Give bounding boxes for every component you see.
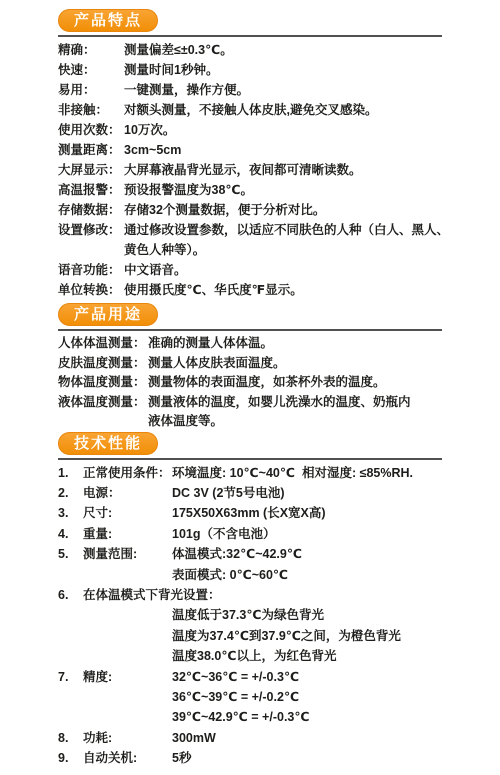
row-value: 体温模式:32℃~42.9℃	[172, 547, 302, 561]
row-label: 正常使用条件：	[83, 463, 172, 483]
row-value: 32℃~36℃ = +/-0.3℃	[172, 670, 299, 684]
section-title: 产品特点	[74, 12, 142, 29]
spec-row: 6.在体温模式下背光设置：	[58, 585, 442, 605]
section-divider	[58, 329, 442, 331]
row-label: 语音功能：	[58, 260, 124, 280]
row-label: 精度:	[83, 667, 172, 687]
product-features-badge: 产品特点	[58, 9, 158, 32]
row-value: 测量时间1秒钟。	[124, 63, 218, 77]
row-label: 单位转换：	[58, 280, 124, 300]
spec-sheet-row: 设置修改：通过修改设置参数，以适应不同肤色的人种（白人、黑人、	[58, 220, 442, 240]
row-value: 中文语音。	[124, 263, 187, 277]
row-value: 5秒	[172, 751, 191, 765]
section-divider	[58, 35, 442, 37]
row-value: 测量偏差≤±0.3℃。	[124, 43, 233, 57]
row-label: 功耗:	[83, 728, 172, 748]
row-value: 通过修改设置参数，以适应不同肤色的人种（白人、黑人、	[124, 223, 449, 237]
spec-row: 9.自动关机:5秒	[58, 748, 442, 768]
spec-row: 2.电源：DC 3V (2节5号电池)	[58, 483, 442, 503]
spec-sheet-row: 液体温度测量：测量液体的温度，如婴儿洗澡水的温度、奶瓶内	[58, 393, 442, 413]
row-value: 175X50X63mm (长X宽X高)	[172, 506, 326, 520]
row-value: 对额头测量，不接触人体皮肤,避免交叉感染。	[124, 103, 377, 117]
row-label: 物体温度测量：	[58, 373, 148, 393]
spec-sheet-row: 黄色人种等）。	[58, 240, 442, 260]
row-value: 大屏幕液晶背光显示，夜间都可清晰读数。	[124, 163, 362, 177]
spec-sheet-row: 语音功能：中文语音。	[58, 260, 442, 280]
row-label: 在体温模式下背光设置：	[83, 585, 221, 605]
row-value: 一键测量，操作方便。	[124, 83, 249, 97]
spec-row: 温度为37.4℃到37.9℃之间，为橙色背光	[58, 626, 442, 646]
row-number: 6.	[58, 585, 83, 605]
spec-sheet-row: 非接触：对额头测量，不接触人体皮肤,避免交叉感染。	[58, 100, 442, 120]
row-value: 101g（不含电池）	[172, 527, 276, 541]
row-value: 测量人体皮肤表面温度。	[148, 356, 286, 370]
row-label: 测量距离：	[58, 140, 124, 160]
row-label: 大屏显示：	[58, 160, 124, 180]
section-product-uses: 产品用途 人体体温测量：准确的测量人体体温。皮肤温度测量：测量人体皮肤表面温度。…	[58, 303, 442, 432]
row-label: 皮肤温度测量：	[58, 354, 148, 374]
row-label: 人体体温测量：	[58, 334, 148, 354]
row-label: 测量范围:	[83, 544, 172, 564]
spec-sheet-row: 存储数据：存储32个测量数据，便于分析对比。	[58, 200, 442, 220]
row-number: 2.	[58, 483, 83, 503]
spec-sheet-row: 使用次数：10万次。	[58, 120, 442, 140]
row-label: 设置修改：	[58, 220, 124, 240]
row-value: 液体温度等。	[148, 414, 223, 428]
spec-sheet-row: 人体体温测量：准确的测量人体体温。	[58, 334, 442, 354]
row-label: 高温报警：	[58, 180, 124, 200]
row-number: 8.	[58, 728, 83, 748]
row-value: 测量物体的表面温度，如茶杯外表的温度。	[148, 375, 386, 389]
row-value: 温度38.0℃以上，为红色背光	[172, 649, 336, 663]
product-uses-rows: 人体体温测量：准确的测量人体体温。皮肤温度测量：测量人体皮肤表面温度。物体温度测…	[58, 334, 442, 432]
row-value: 准确的测量人体体温。	[148, 336, 273, 350]
spec-row: 7.精度:32℃~36℃ = +/-0.3℃	[58, 667, 442, 687]
technical-specs-badge: 技术性能	[58, 432, 158, 455]
row-value: 温度为37.4℃到37.9℃之间，为橙色背光	[172, 629, 401, 643]
row-number: 4.	[58, 524, 83, 544]
section-technical-specs: 技术性能 1.正常使用条件：环境温度: 10℃~40℃ 相对湿度: ≤85%RH…	[58, 432, 442, 769]
row-value: 环境温度: 10℃~40℃ 相对湿度: ≤85%RH.	[172, 466, 413, 480]
section-divider	[58, 458, 442, 460]
row-value: 39℃~42.9℃ = +/-0.3℃	[172, 710, 310, 724]
spec-sheet-row: 大屏显示：大屏幕液晶背光显示，夜间都可清晰读数。	[58, 160, 442, 180]
row-label: 快速：	[58, 60, 124, 80]
spec-sheet-row: 物体温度测量：测量物体的表面温度，如茶杯外表的温度。	[58, 373, 442, 393]
product-uses-badge: 产品用途	[58, 303, 158, 326]
spec-row: 36℃~39℃ = +/-0.2℃	[58, 687, 442, 707]
spec-sheet-row: 高温报警：预设报警温度为38℃。	[58, 180, 442, 200]
row-value: 10万次。	[124, 123, 175, 137]
row-value: 36℃~39℃ = +/-0.2℃	[172, 690, 299, 704]
section-title: 产品用途	[74, 306, 142, 323]
spec-row: 温度38.0℃以上，为红色背光	[58, 646, 442, 666]
spec-sheet-row: 快速：测量时间1秒钟。	[58, 60, 442, 80]
spec-row: 温度低于37.3℃为绿色背光	[58, 605, 442, 625]
row-value: 使用摄氏度℃、华氏度℉显示。	[124, 283, 303, 297]
row-number: 1.	[58, 463, 83, 483]
row-number: 9.	[58, 748, 83, 768]
row-value: 300mW	[172, 731, 216, 745]
row-label: 液体温度测量：	[58, 393, 148, 413]
spec-row: 5.测量范围:体温模式:32℃~42.9℃	[58, 544, 442, 564]
row-label: 尺寸:	[83, 503, 172, 523]
row-label: 使用次数：	[58, 120, 124, 140]
section-title: 技术性能	[74, 435, 142, 452]
row-value: 温度低于37.3℃为绿色背光	[172, 608, 324, 622]
row-value: 预设报警温度为38℃。	[124, 183, 253, 197]
spec-sheet-row: 皮肤温度测量：测量人体皮肤表面温度。	[58, 354, 442, 374]
product-features-rows: 精确：测量偏差≤±0.3℃。快速：测量时间1秒钟。易用：一键测量，操作方便。非接…	[58, 40, 442, 300]
row-value: 测量液体的温度，如婴儿洗澡水的温度、奶瓶内	[148, 395, 411, 409]
spec-row: 表面模式: 0℃~60℃	[58, 565, 442, 585]
row-number: 7.	[58, 667, 83, 687]
spec-row: 8.功耗:300mW	[58, 728, 442, 748]
row-value: DC 3V (2节5号电池)	[172, 486, 285, 500]
spec-row: 1.正常使用条件：环境温度: 10℃~40℃ 相对湿度: ≤85%RH.	[58, 463, 442, 483]
product-spec-sheet: 产品特点 精确：测量偏差≤±0.3℃。快速：测量时间1秒钟。易用：一键测量，操作…	[0, 0, 500, 769]
spec-sheet-row: 液体温度等。	[58, 412, 442, 432]
row-label: 自动关机:	[83, 748, 172, 768]
row-label: 非接触：	[58, 100, 124, 120]
spec-row: 39℃~42.9℃ = +/-0.3℃	[58, 707, 442, 727]
row-value: 3cm~5cm	[124, 143, 181, 157]
row-number: 5.	[58, 544, 83, 564]
spec-sheet-row: 测量距离：3cm~5cm	[58, 140, 442, 160]
row-label: 精确：	[58, 40, 124, 60]
row-label: 易用：	[58, 80, 124, 100]
spec-row: 4.重量:101g（不含电池）	[58, 524, 442, 544]
technical-specs-rows: 1.正常使用条件：环境温度: 10℃~40℃ 相对湿度: ≤85%RH.2.电源…	[58, 463, 442, 769]
spec-sheet-row: 单位转换：使用摄氏度℃、华氏度℉显示。	[58, 280, 442, 300]
row-value: 表面模式: 0℃~60℃	[172, 568, 288, 582]
spec-sheet-row: 易用：一键测量，操作方便。	[58, 80, 442, 100]
row-value: 黄色人种等）。	[124, 243, 205, 257]
row-number: 3.	[58, 503, 83, 523]
section-product-features: 产品特点 精确：测量偏差≤±0.3℃。快速：测量时间1秒钟。易用：一键测量，操作…	[58, 9, 442, 300]
row-label: 电源：	[83, 483, 172, 503]
row-value: 存储32个测量数据，便于分析对比。	[124, 203, 325, 217]
spec-row: 3.尺寸:175X50X63mm (长X宽X高)	[58, 503, 442, 523]
spec-sheet-row: 精确：测量偏差≤±0.3℃。	[58, 40, 442, 60]
row-label: 存储数据：	[58, 200, 124, 220]
row-label: 重量:	[83, 524, 172, 544]
